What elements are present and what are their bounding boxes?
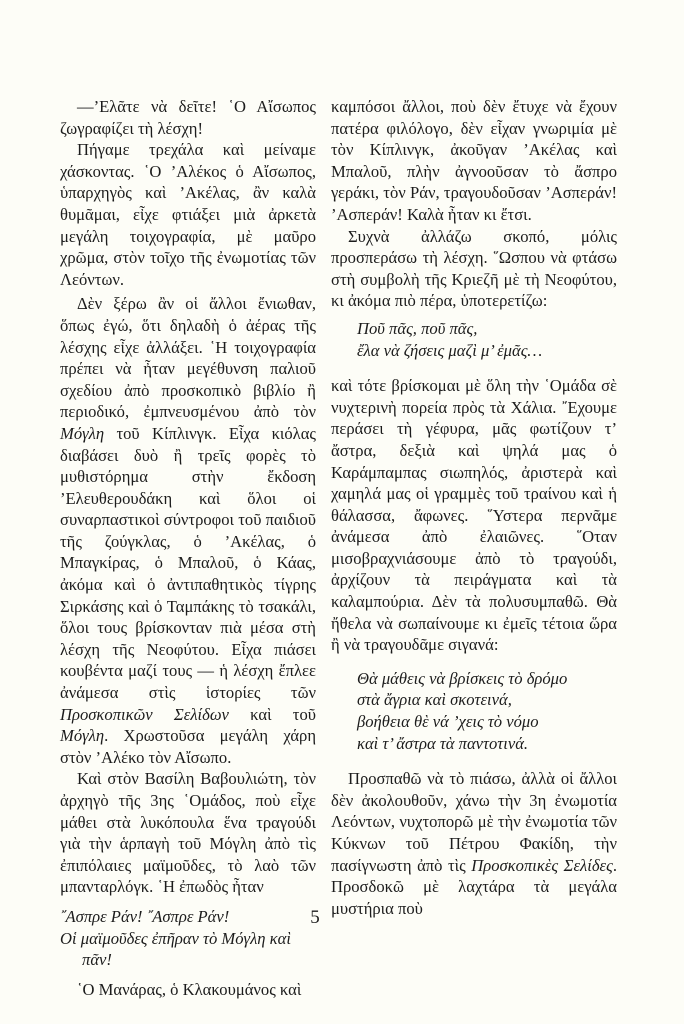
verse-line: ῎Ασπρε Ράν! ῎Ασπρε Ράν! — [60, 906, 316, 928]
paragraph: —’Ελᾶτε νὰ δεῖτε! ῾Ο Αἴσωπος ζωγραφίζει … — [60, 96, 316, 139]
paragraph: Προσπαθῶ νὰ τὸ πιάσω, ἀλλὰ οἱ ἄλλοι δὲν … — [331, 768, 617, 919]
text-run: Δὲν ξέρω ἂν οἱ ἄλλοι ἔνιωθαν, ὅπως ἐγώ, … — [60, 294, 316, 421]
page-number: 5 — [305, 907, 325, 929]
book-page: —’Ελᾶτε νὰ δεῖτε! ῾Ο Αἴσωπος ζωγραφίζει … — [0, 0, 684, 1024]
paragraph: καμπόσοι ἄλλοι, ποὺ δὲν ἔτυχε νὰ ἔχουν π… — [331, 96, 617, 226]
verse-line: βοήθεια θὲ νά ’χεις τὸ νόμο — [357, 711, 617, 733]
verse-line: στὰ ἄγρια καὶ σκοτεινά, — [357, 689, 617, 711]
verse-line: Οἱ μαϊμοῦδες ἐπῆραν τὸ Μόγλη καὶ — [60, 928, 316, 950]
verse-line: ἔλα νὰ ζήσεις μαζὶ μ’ ἐμᾶς… — [357, 340, 617, 362]
italic-title: Προσκοπικῶν Σελίδων — [60, 705, 229, 724]
paragraph: ῾Ο Μανάρας, ὁ Κλακουμάνος καὶ — [60, 979, 316, 1001]
verse-line: Θὰ μάθεις νὰ βρίσκεις τὸ δρόμο — [357, 668, 617, 690]
left-column: —’Ελᾶτε νὰ δεῖτε! ῾Ο Αἴσωπος ζωγραφίζει … — [60, 96, 316, 1000]
paragraph: Δὲν ξέρω ἂν οἱ ἄλλοι ἔνιωθαν, ὅπως ἐγώ, … — [60, 293, 316, 768]
paragraph: Καὶ στὸν Βασίλη Βαβουλιώτη, τὸν ἀρχηγὸ τ… — [60, 768, 316, 898]
paragraph: Πήγαμε τρεχάλα καὶ μείναμε χάσκοντας. ῾Ο… — [60, 139, 316, 290]
italic-title: Μόγλη — [60, 424, 104, 443]
text-run: καὶ τοῦ — [229, 705, 316, 724]
italic-title: Προσκοπικὲς Σελίδες — [471, 856, 613, 875]
paragraph: Συχνὰ ἀλλάζω σκοπό, μόλις προσπεράσω τὴ … — [331, 226, 617, 312]
verse-line: Ποῦ πᾶς, ποῦ πᾶς, — [357, 318, 617, 340]
paragraph: καὶ τότε βρίσκομαι μὲ ὅλη τὴν ῾Ομάδα σὲ … — [331, 375, 617, 656]
text-run: τοῦ Κίπλινγκ. Εἶχα κιόλας διαβάσει δυὸ ἢ… — [60, 424, 316, 702]
verse-block: Ποῦ πᾶς, ποῦ πᾶς, ἔλα νὰ ζήσεις μαζὶ μ’ … — [331, 318, 617, 361]
verse-line: πᾶν! — [60, 949, 316, 971]
verse-block: ῎Ασπρε Ράν! ῎Ασπρε Ράν! Οἱ μαϊμοῦδες ἐπῆ… — [60, 906, 316, 971]
italic-title: Μόγλη — [60, 726, 104, 745]
right-column: καμπόσοι ἄλλοι, ποὺ δὲν ἔτυχε νὰ ἔχουν π… — [331, 96, 617, 919]
verse-line: καὶ τ’ ἄστρα τὰ παντοτινά. — [357, 733, 617, 755]
verse-block: Θὰ μάθεις νὰ βρίσκεις τὸ δρόμο στὰ ἄγρια… — [331, 668, 617, 754]
